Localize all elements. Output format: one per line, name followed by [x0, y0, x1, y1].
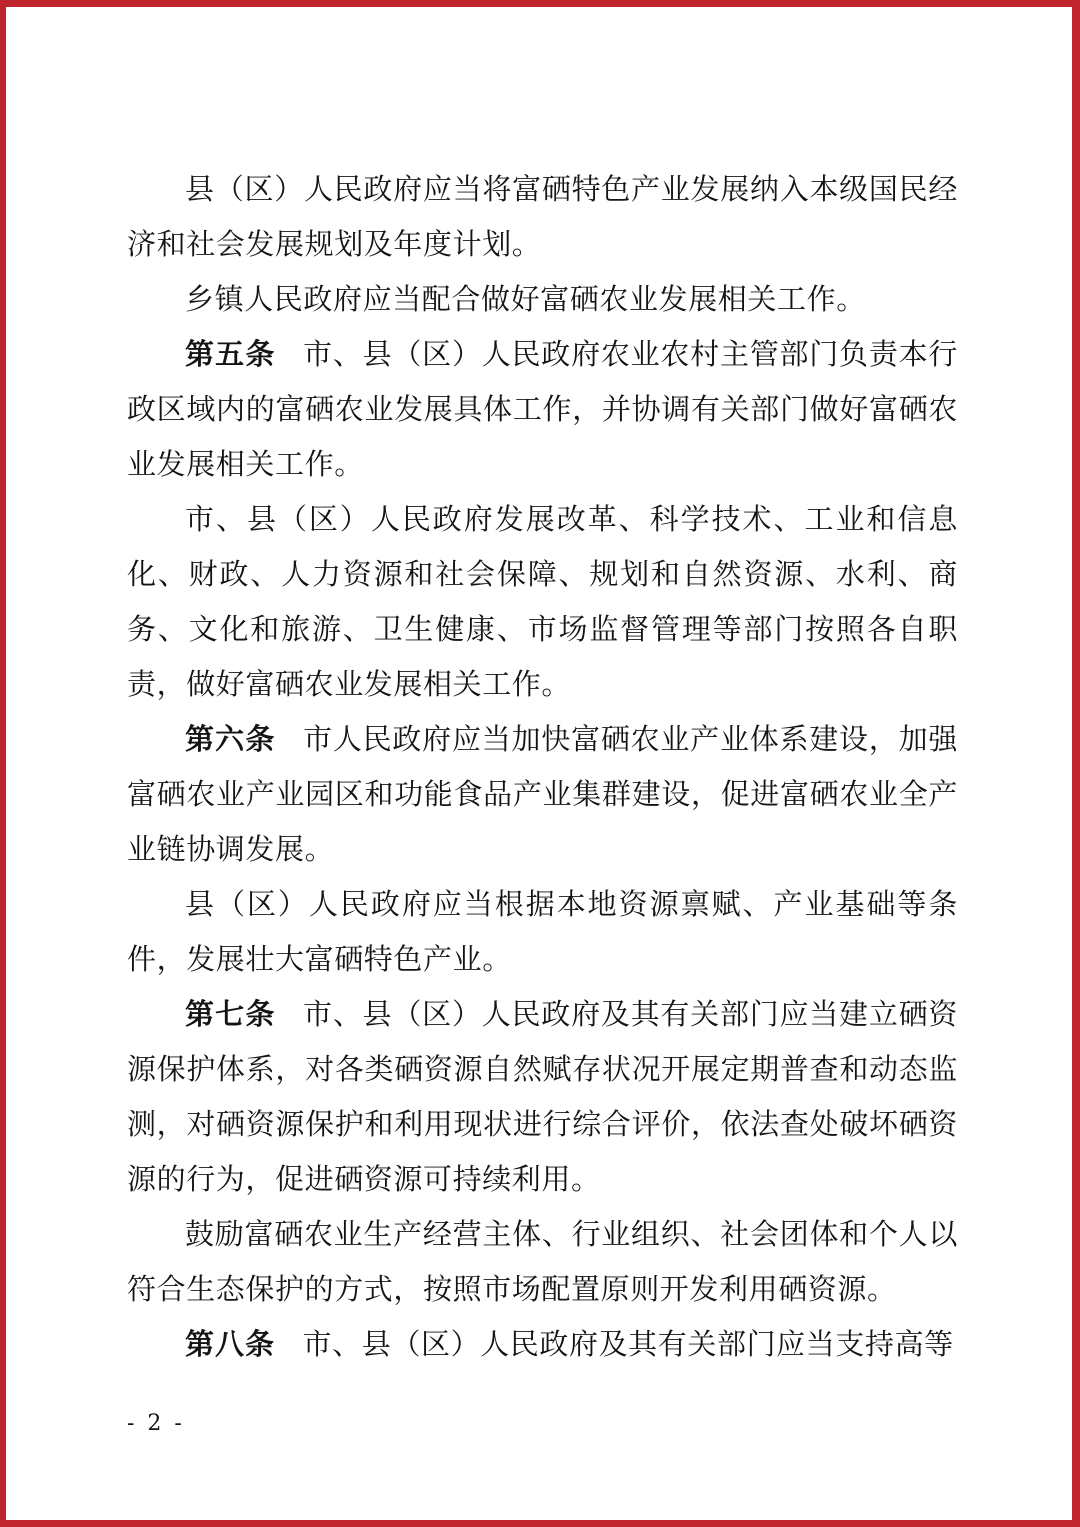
article-number: 第七条 [185, 997, 276, 1031]
paragraph: 县（区）人民政府应当将富硒特色产业发展纳入本级国民经济和社会发展规划及年度计划。 [127, 162, 958, 272]
paragraph: 市、县（区）人民政府发展改革、科学技术、工业和信息化、财政、人力资源和社会保障、… [127, 492, 958, 712]
article-number: 第八条 [185, 1327, 275, 1361]
paragraph: 第八条市、县（区）人民政府及其有关部门应当支持高等 [127, 1317, 958, 1372]
paragraph: 鼓励富硒农业生产经营主体、行业组织、社会团体和个人以符合生态保护的方式，按照市场… [127, 1207, 958, 1317]
paragraph: 第六条市人民政府应当加快富硒农业产业体系建设，加强富硒农业产业园区和功能食品产业… [127, 712, 958, 877]
paragraph-text: 县（区）人民政府应当根据本地资源禀赋、产业基础等条件，发展壮大富硒特色产业。 [127, 887, 958, 976]
paragraph: 乡镇人民政府应当配合做好富硒农业发展相关工作。 [127, 272, 958, 327]
paragraph-text: 县（区）人民政府应当将富硒特色产业发展纳入本级国民经济和社会发展规划及年度计划。 [127, 172, 958, 261]
paragraph-text: 市、县（区）人民政府及其有关部门应当支持高等 [303, 1327, 954, 1361]
article-number: 第五条 [185, 337, 276, 371]
article-number: 第六条 [185, 722, 276, 756]
paragraph: 县（区）人民政府应当根据本地资源禀赋、产业基础等条件，发展壮大富硒特色产业。 [127, 877, 958, 987]
paragraph-text: 市、县（区）人民政府发展改革、科学技术、工业和信息化、财政、人力资源和社会保障、… [127, 502, 958, 701]
page-number: - 2 - [127, 1408, 185, 1440]
paragraph: 第五条市、县（区）人民政府农业农村主管部门负责本行政区域内的富硒农业发展具体工作… [127, 327, 958, 492]
document-page: 县（区）人民政府应当将富硒特色产业发展纳入本级国民经济和社会发展规划及年度计划。… [0, 0, 1080, 1527]
document-body: 县（区）人民政府应当将富硒特色产业发展纳入本级国民经济和社会发展规划及年度计划。… [127, 162, 958, 1372]
paragraph-text: 乡镇人民政府应当配合做好富硒农业发展相关工作。 [185, 282, 866, 316]
paragraph-text: 鼓励富硒农业生产经营主体、行业组织、社会团体和个人以符合生态保护的方式，按照市场… [127, 1217, 958, 1306]
paragraph: 第七条市、县（区）人民政府及其有关部门应当建立硒资源保护体系，对各类硒资源自然赋… [127, 987, 958, 1207]
